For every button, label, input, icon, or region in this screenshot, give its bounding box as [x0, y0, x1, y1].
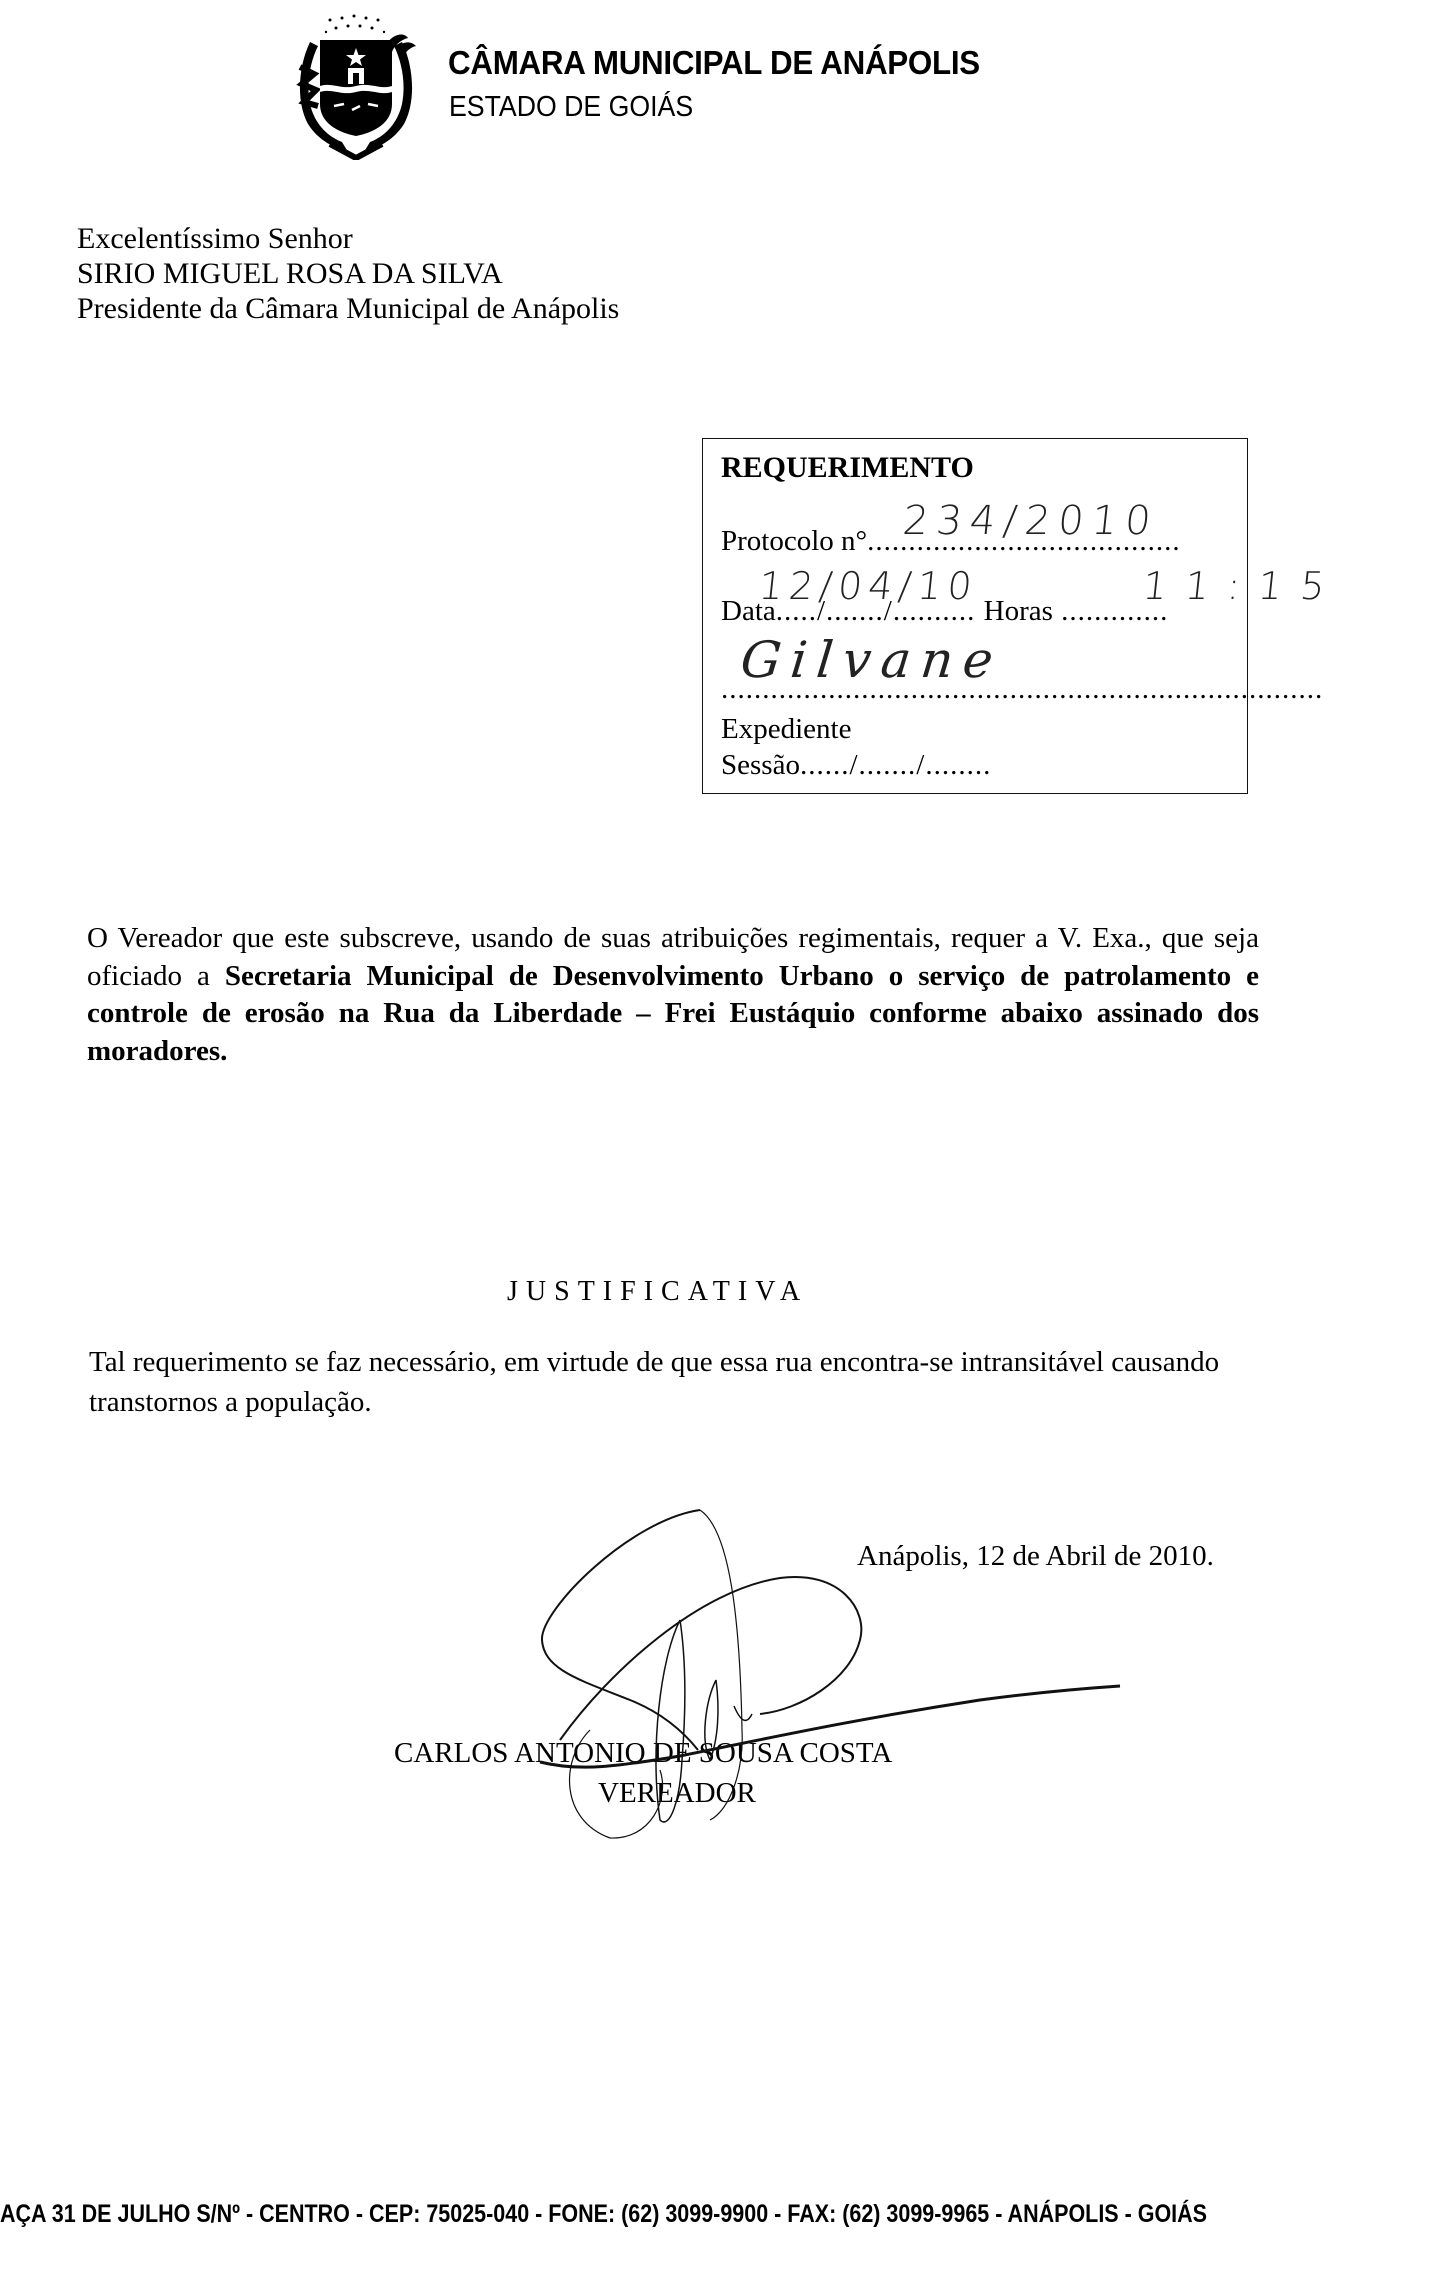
signature-dotted-line: ........................................…	[721, 675, 1233, 704]
expediente-label: Expediente	[721, 715, 1233, 744]
signer-name: CARLOS ANTONIO DE SOUSA COSTA	[394, 1737, 892, 1770]
request-paragraph: O Vereador que este subscreve, usando de…	[87, 920, 1259, 1070]
addressee-name: SIRIO MIGUEL ROSA DA SILVA	[77, 259, 503, 289]
protocol-stamp-box: REQUERIMENTO Protocolo n°...............…	[702, 438, 1248, 794]
sessao-value: ....../......./........	[800, 749, 991, 781]
protocolo-handwritten-value: 234/2010	[901, 501, 1161, 541]
city-date: Anápolis, 12 de Abril de 2010.	[857, 1540, 1214, 1573]
data-handwritten-value: 12/04/10	[757, 567, 980, 605]
organization-subtitle: ESTADO DE GOIÁS	[449, 91, 693, 124]
justificativa-text: Tal requerimento se faz necessário, em v…	[89, 1342, 1269, 1422]
request-bold-text: Secretaria Municipal de Desenvolvimento …	[87, 960, 1259, 1067]
protocolo-label: Protocolo n°	[721, 525, 867, 557]
stamp-sessao-row: Sessão....../......./........	[721, 751, 1233, 780]
addressee-position: Presidente da Câmara Municipal de Anápol…	[77, 294, 619, 324]
justificativa-heading: JUSTIFICATIVA	[507, 1276, 808, 1308]
sessao-label: Sessão	[721, 749, 800, 781]
stamp-title: REQUERIMENTO	[721, 453, 1233, 483]
horas-label: Horas	[984, 595, 1053, 627]
coat-of-arms-icon	[290, 12, 422, 160]
organization-title: CÂMARA MUNICIPAL DE ANÁPOLIS	[448, 44, 980, 82]
footer-address: AÇA 31 DE JULHO S/Nº - CENTRO - CEP: 750…	[0, 2200, 1207, 2229]
signer-role: VEREADOR	[598, 1777, 756, 1810]
horas-handwritten-value: 11:15	[1141, 567, 1345, 605]
addressee-salutation: Excelentíssimo Senhor	[77, 224, 353, 254]
